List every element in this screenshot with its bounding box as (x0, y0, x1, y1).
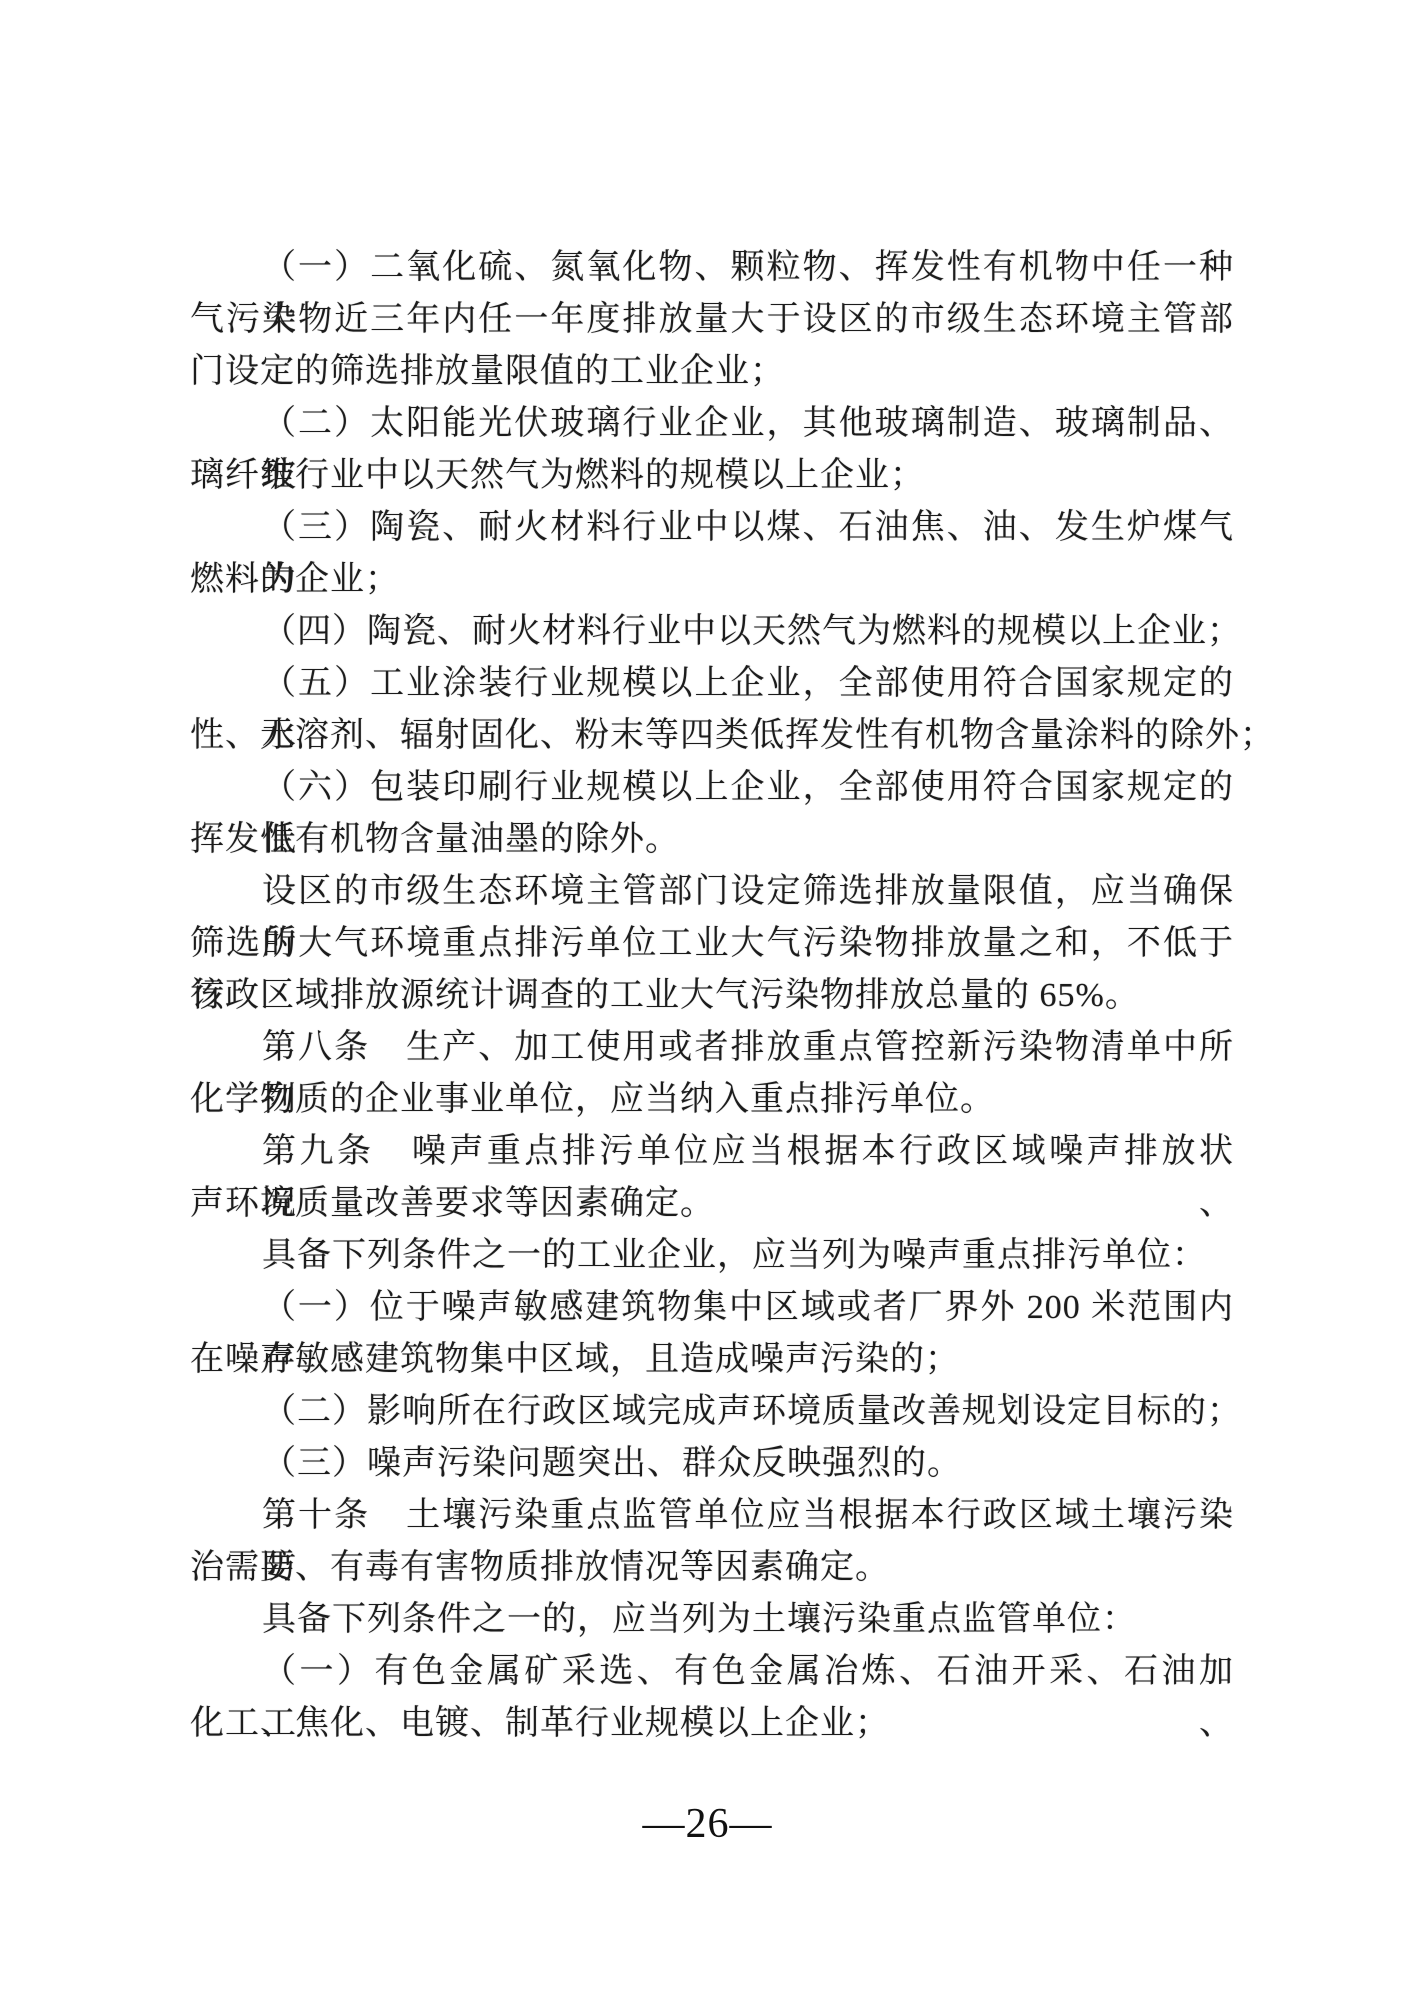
page-number: —26— (643, 1801, 773, 1847)
text-line: 第十条 土壤污染重点监管单位应当根据本行政区域土壤污染防 (190, 1490, 1234, 1542)
text-line: （一）二氧化硫、氮氧化物、颗粒物、挥发性有机物中任一种大 (190, 242, 1234, 294)
text-line: 行政区域排放源统计调查的工业大气污染物排放总量的 65%。 (190, 970, 1234, 1022)
text-line: 具备下列条件之一的工业企业，应当列为噪声重点排污单位： (190, 1230, 1234, 1282)
text-line: 挥发性有机物含量油墨的除外。 (190, 814, 1234, 866)
text-line: 治需要、有毒有害物质排放情况等因素确定。 (190, 1542, 1234, 1594)
text-line: 第九条 噪声重点排污单位应当根据本行政区域噪声排放状况、 (190, 1126, 1234, 1178)
text-line: 具备下列条件之一的，应当列为土壤污染重点监管单位： (190, 1594, 1234, 1646)
page-footer: —26— (0, 1798, 1415, 1850)
text-line: 性、无溶剂、辐射固化、粉末等四类低挥发性有机物含量涂料的除外； (190, 710, 1234, 762)
text-line: （三）陶瓷、耐火材料行业中以煤、石油焦、油、发生炉煤气为 (190, 502, 1234, 554)
text-line: （四）陶瓷、耐火材料行业中以天然气为燃料的规模以上企业； (190, 606, 1234, 658)
text-line: （六）包装印刷行业规模以上企业，全部使用符合国家规定的低 (190, 762, 1234, 814)
document-page: （一）二氧化硫、氮氧化物、颗粒物、挥发性有机物中任一种大气污染物近三年内任一年度… (0, 0, 1415, 2000)
text-line: 筛选的大气环境重点排污单位工业大气污染物排放量之和，不低于该 (190, 918, 1234, 970)
text-line: 化学物质的企业事业单位，应当纳入重点排污单位。 (190, 1074, 1234, 1126)
text-line: 第八条 生产、加工使用或者排放重点管控新污染物清单中所列 (190, 1022, 1234, 1074)
text-line: （二）太阳能光伏玻璃行业企业，其他玻璃制造、玻璃制品、玻 (190, 398, 1234, 450)
text-line: 燃料的企业； (190, 554, 1234, 606)
text-line: 在噪声敏感建筑物集中区域，且造成噪声污染的； (190, 1334, 1234, 1386)
text-line: （一）位于噪声敏感建筑物集中区域或者厂界外 200 米范围内存 (190, 1282, 1234, 1334)
text-line: 璃纤维行业中以天然气为燃料的规模以上企业； (190, 450, 1234, 502)
text-line: （一）有色金属矿采选、有色金属冶炼、石油开采、石油加工、 (190, 1646, 1234, 1698)
text-line: （三）噪声污染问题突出、群众反映强烈的。 (190, 1438, 1234, 1490)
document-body: （一）二氧化硫、氮氧化物、颗粒物、挥发性有机物中任一种大气污染物近三年内任一年度… (190, 242, 1234, 1750)
text-line: （二）影响所在行政区域完成声环境质量改善规划设定目标的； (190, 1386, 1234, 1438)
text-line: 设区的市级生态环境主管部门设定筛选排放量限值，应当确保所 (190, 866, 1234, 918)
text-line: （五）工业涂装行业规模以上企业，全部使用符合国家规定的水 (190, 658, 1234, 710)
text-line: 气污染物近三年内任一年度排放量大于设区的市级生态环境主管部 (190, 294, 1234, 346)
text-line: 门设定的筛选排放量限值的工业企业； (190, 346, 1234, 398)
